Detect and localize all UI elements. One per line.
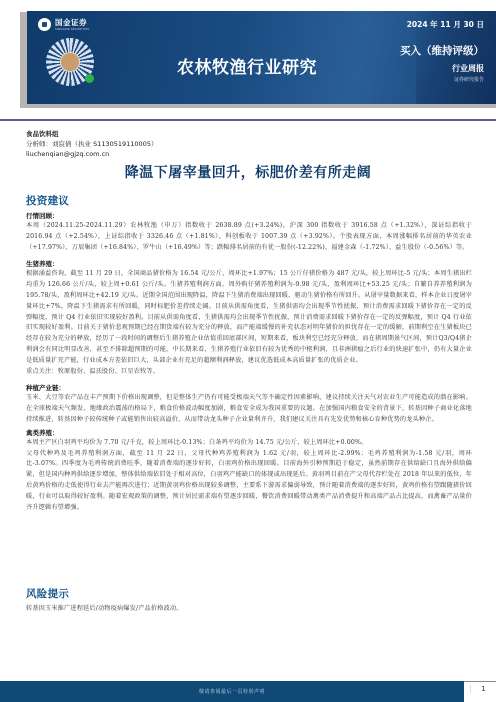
- page-number: 1: [470, 685, 496, 693]
- investment-section: 投资建议 行情回顾： 本周（2024.11.25-2024.11.29）农林牧渔…: [26, 193, 472, 513]
- wechat-icon: [85, 74, 94, 83]
- market-review-text: 本周（2024.11.25-2024.11.29）农林牧渔（申万）指数收于 26…: [26, 221, 472, 253]
- brand-name-en: SINOLINK SECURITIES: [55, 27, 89, 31]
- logo-icon: [38, 18, 51, 31]
- report-subtype: 证券研究报告: [454, 76, 484, 83]
- subsection-title-hog: 生猪养殖：: [26, 259, 472, 268]
- subsection-title-poultry: 禽类养殖：: [26, 428, 472, 437]
- subsection-title-market: 行情回顾：: [26, 211, 472, 220]
- planting-text: 玉米、大豆等农产品在丰产预期下价格出现调整，但是整体生产仍有可能受极端天气等不确…: [26, 393, 472, 425]
- analyst-info: 食品饮料组 分析师：刘宸倩（执业 S1130519110005） liuchen…: [26, 129, 157, 159]
- footer-divider: [464, 681, 496, 682]
- footer-bar: 敬请参阅最后一页特别声明: [0, 681, 464, 702]
- industry-title: 农林牧渔行业研究: [177, 53, 317, 78]
- risk-section: 风险提示 转基因玉米推广进程延后/动物疫病爆发/产品价格波动。: [26, 586, 472, 615]
- report-type: 行业周报: [452, 63, 484, 74]
- analyst-name: 分析师：刘宸倩（执业 S1130519110005）: [26, 139, 157, 149]
- rating: 买入（维持评级）: [400, 43, 484, 58]
- report-title: 降温下屠宰量回升，标肥价差有所走阔: [0, 162, 496, 182]
- section-title-investment: 投资建议: [26, 193, 472, 208]
- poultry-text-2: 父母代种鸡及毛鸡养殖利润方面，截至 11 月 22 日，父母代种鸡养殖利润为 1…: [26, 449, 472, 514]
- header-divider: [0, 119, 496, 121]
- header-banner: 国金证券 SINOLINK SECURITIES 农林牧渔行业研究 2024 年…: [27, 11, 496, 104]
- poultry-text-1: 本周主产区白羽鸡平均价为 7.70 元/千克，较上周环比-0.13%；白条鸡平均…: [26, 438, 472, 449]
- brand-logo: 国金证券 SINOLINK SECURITIES: [38, 18, 89, 31]
- footer-disclaimer[interactable]: 敬请参阅最后一页特别声明: [199, 688, 265, 695]
- analyst-email[interactable]: liuchenqian@gjzq.com.cn: [26, 149, 157, 159]
- brand-name: 国金证券: [55, 19, 89, 27]
- report-date: 2024 年 11 月 30 日: [407, 19, 484, 30]
- hog-focus: 重点关注：牧原股份、温氏股份、巨星农牧等。: [26, 367, 472, 378]
- risk-text: 转基因玉米推广进程延后/动物疫病爆发/产品价格波动。: [26, 604, 472, 615]
- section-title-risk: 风险提示: [26, 586, 472, 601]
- subsection-title-planting: 种植产业链：: [26, 383, 472, 392]
- hog-text: 根据涌益咨询，截至 11 月 29 日，全国商品猪价格为 16.54 元/公斤，…: [26, 269, 472, 366]
- analyst-group: 食品饮料组: [26, 129, 157, 139]
